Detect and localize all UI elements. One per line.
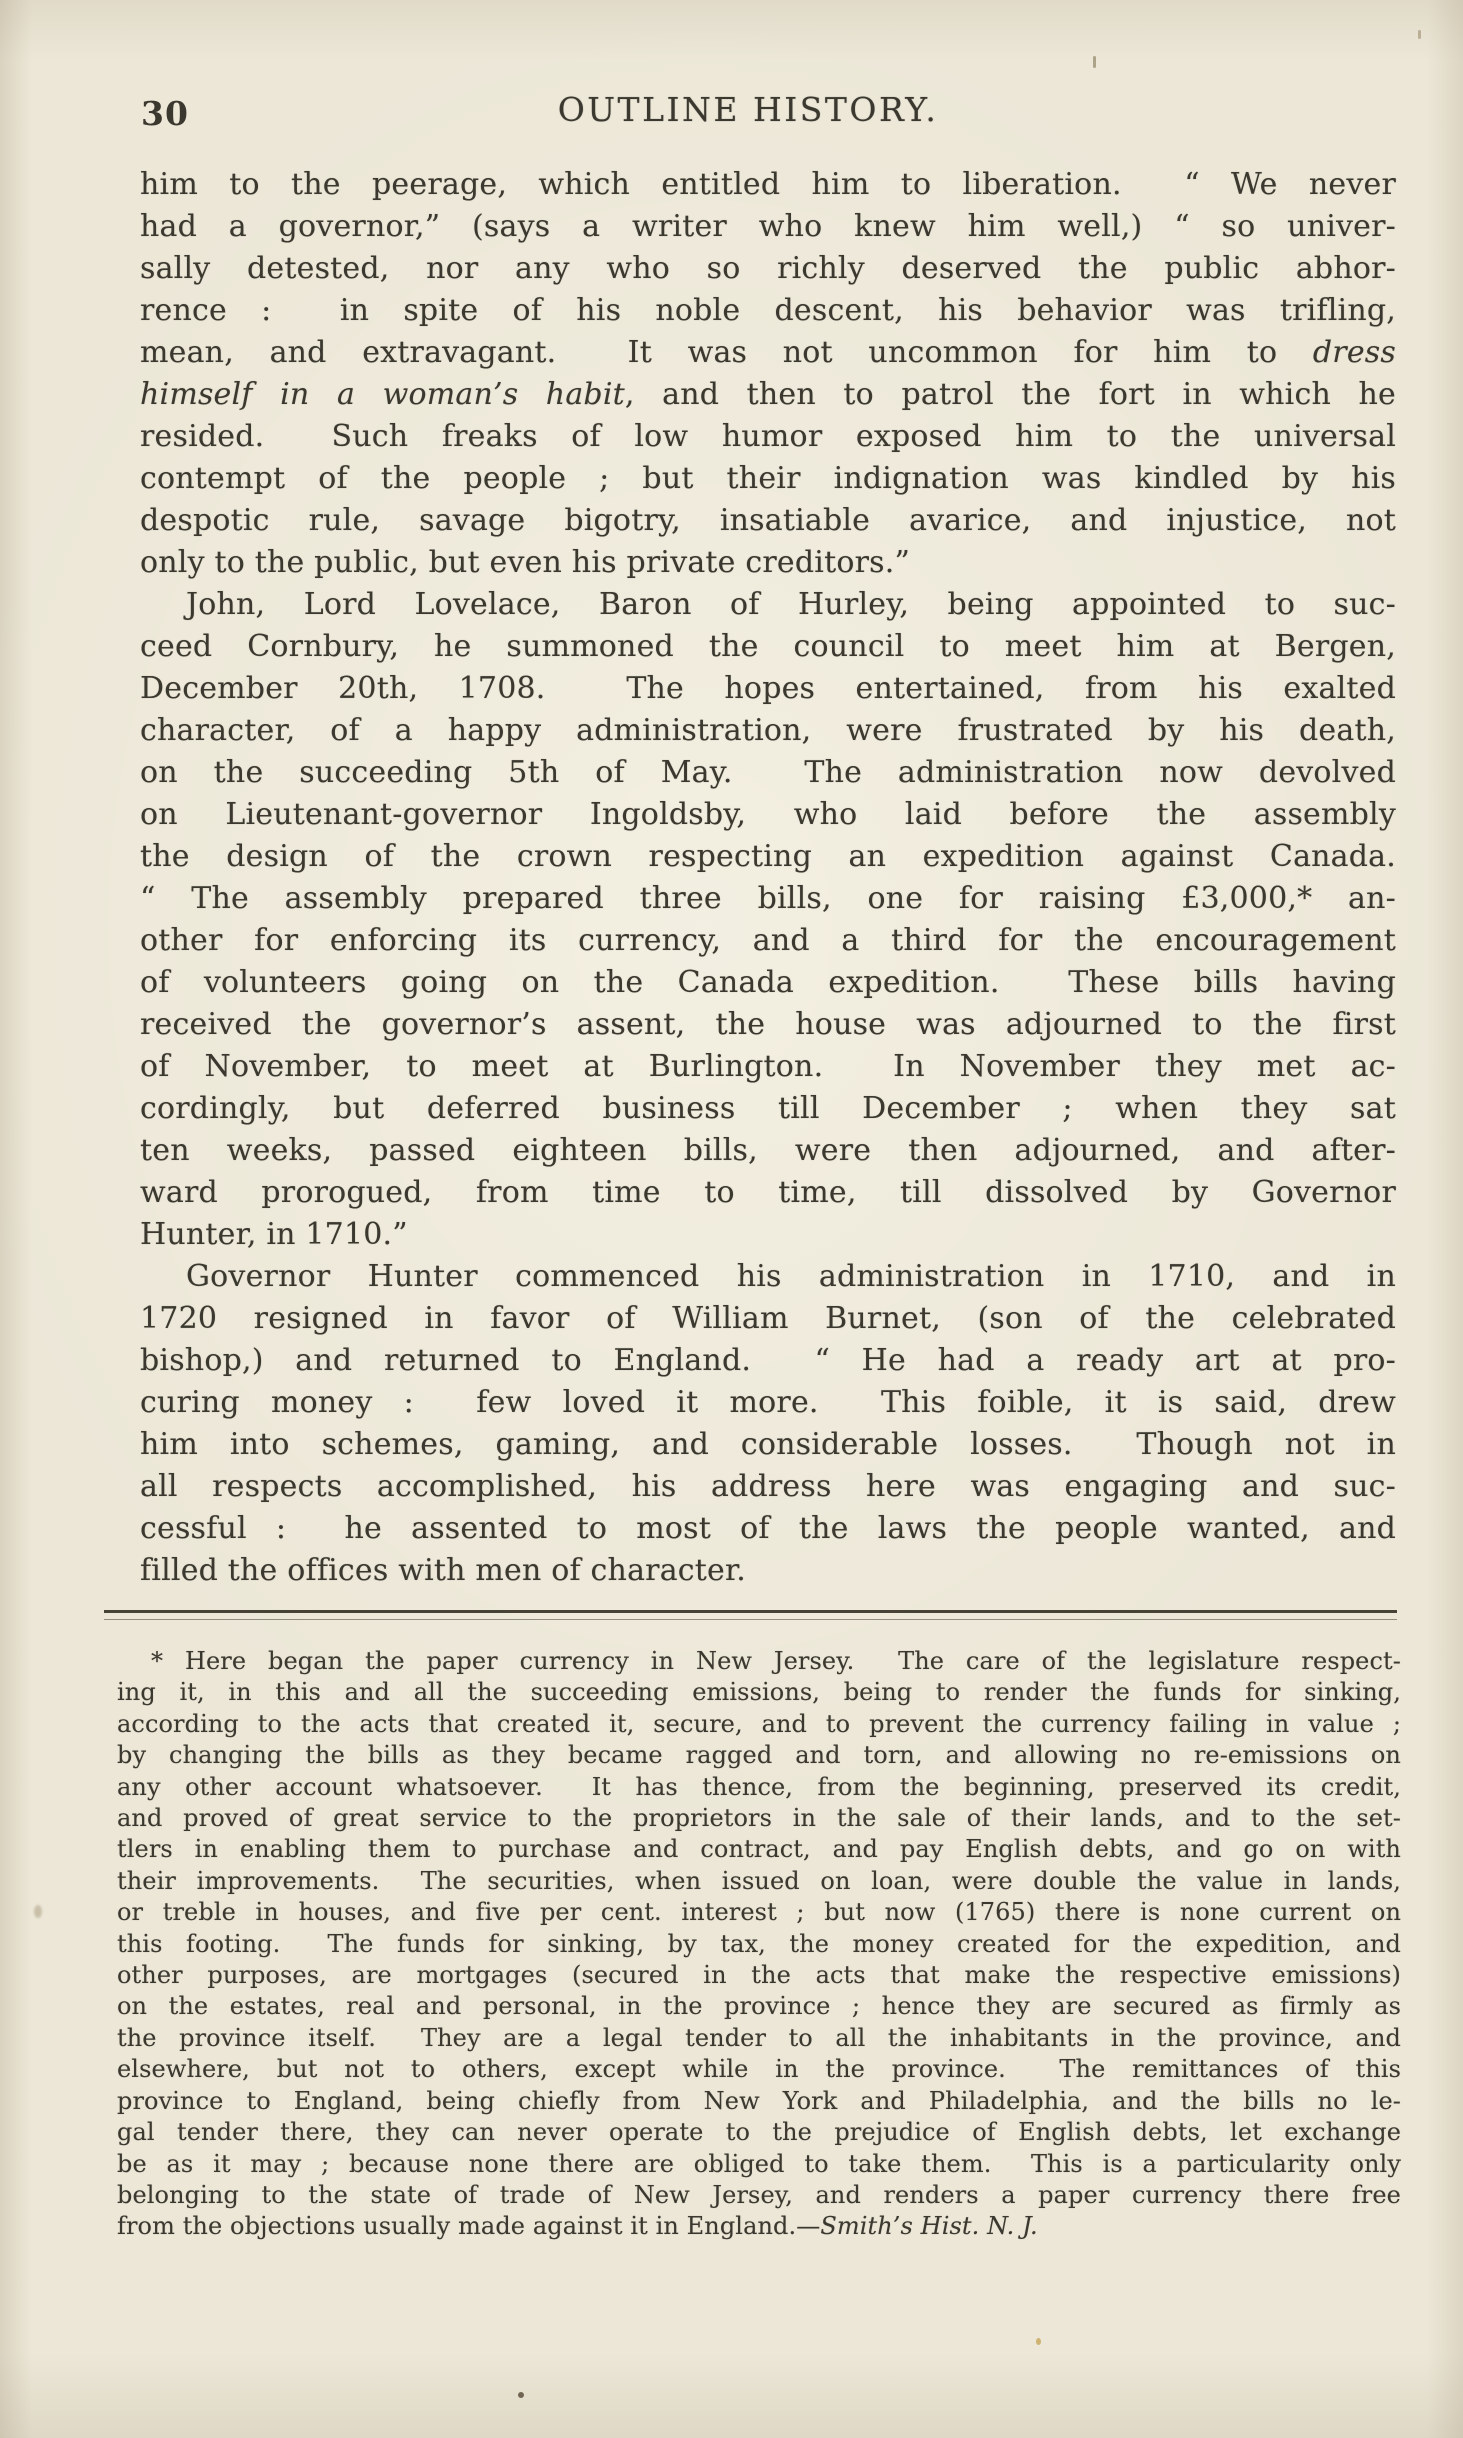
text-line: on the estates, real and personal, in th… [117,1991,1401,2022]
text-segment: other for enforcing its currency, and a … [140,923,1396,958]
text-segment: John, Lord Lovelace, Baron of Hurley, be… [186,587,1396,622]
text-line: Governor Hunter commenced his administra… [140,1256,1396,1298]
paragraph: Governor Hunter commenced his administra… [140,1256,1396,1592]
text-line: cordingly, but deferred business till De… [140,1088,1396,1130]
text-segment: on the succeeding 5th of May. The admini… [140,755,1396,790]
text-segment: on the estates, real and personal, in th… [117,1992,1401,2020]
text-line: other purposes, are mortgages (secured i… [117,1960,1401,1991]
text-segment: Governor Hunter commenced his administra… [186,1259,1396,1294]
text-line: 1720 resigned in favor of William Burnet… [140,1298,1396,1340]
text-segment: ceed Cornbury, he summoned the council t… [140,629,1396,664]
text-segment: belonging to the state of trade of New J… [117,2181,1401,2209]
text-line: ward prorogued, from time to time, till … [140,1172,1396,1214]
text-segment: December 20th, 1708. The hopes entertain… [140,671,1396,706]
text-segment: the design of the crown respecting an ex… [140,839,1396,874]
italic-text: dress [1313,335,1396,370]
paper-stain [1036,2338,1041,2345]
text-line: him into schemes, gaming, and considerab… [140,1424,1396,1466]
text-line: be as it may ; because none there are ob… [117,2149,1401,2180]
text-segment: ward prorogued, from time to time, till … [140,1175,1396,1210]
paragraph: him to the peerage, which entitled him t… [140,164,1396,584]
text-line: received the governor’s assent, the hous… [140,1004,1396,1046]
text-segment: him into schemes, gaming, and considerab… [140,1427,1396,1462]
text-line: the design of the crown respecting an ex… [140,836,1396,878]
text-segment: ing it, in this and all the succeeding e… [117,1678,1401,1706]
text-line: or treble in houses, and five per cent. … [117,1897,1401,1928]
text-segment: tlers in enabling them to purchase and c… [117,1835,1401,1863]
text-segment: from the objections usually made against… [117,2212,820,2240]
text-segment: on Lieutenant-governor Ingoldsby, who la… [140,797,1396,832]
paper-smudge [34,1905,42,1918]
text-line: tlers in enabling them to purchase and c… [117,1834,1401,1865]
text-segment: this footing. The funds for sinking, by … [117,1930,1401,1958]
text-segment: resided. Such freaks of low humor expose… [140,419,1396,454]
text-line: had a governor,” (says a writer who knew… [140,206,1396,248]
ink-speck [1418,30,1421,39]
text-line: of November, to meet at Burlington. In N… [140,1046,1396,1088]
text-line: according to the acts that created it, s… [117,1709,1401,1740]
text-segment: had a governor,” (says a writer who knew… [140,209,1396,244]
text-line: ing it, in this and all the succeeding e… [117,1677,1401,1708]
text-line: cessful : he assented to most of the law… [140,1508,1396,1550]
text-segment: only to the public, but even his private… [140,545,910,580]
text-segment: 1720 resigned in favor of William Burnet… [140,1301,1396,1336]
text-line: contempt of the people ; but their indig… [140,458,1396,500]
text-line: sally detested, nor any who so richly de… [140,248,1396,290]
text-segment: curing money : few loved it more. This f… [140,1385,1396,1420]
text-line: him to the peerage, which entitled him t… [140,164,1396,206]
text-line: on Lieutenant-governor Ingoldsby, who la… [140,794,1396,836]
text-segment: by changing the bills as they became rag… [117,1741,1401,1769]
text-segment: any other account whatsoever. It has the… [117,1773,1401,1801]
text-line: province to England, being chiefly from … [117,2086,1401,2117]
text-line: of volunteers going on the Canada expedi… [140,962,1396,1004]
text-line: rence : in spite of his noble descent, h… [140,290,1396,332]
text-segment: the province itself. They are a legal te… [117,2024,1401,2052]
text-segment: gal tender there, they can never operate… [117,2118,1401,2146]
text-segment: cordingly, but deferred business till De… [140,1091,1396,1126]
ink-speck [1093,56,1096,68]
text-segment: character, of a happy administration, we… [140,713,1396,748]
text-line: filled the offices with men of character… [140,1550,1396,1592]
text-line: * Here began the paper currency in New J… [117,1646,1401,1677]
italic-text: Smith’s Hist. N. J. [820,2212,1037,2240]
text-segment: elsewhere, but not to others, except whi… [117,2055,1401,2083]
text-line: ten weeks, passed eighteen bills, were t… [140,1130,1396,1172]
text-line: this footing. The funds for sinking, by … [117,1929,1401,1960]
text-segment: according to the acts that created it, s… [117,1710,1401,1738]
text-segment: bishop,) and returned to England. “ He h… [140,1343,1396,1378]
text-segment: received the governor’s assent, the hous… [140,1007,1396,1042]
text-segment: ten weeks, passed eighteen bills, were t… [140,1133,1396,1168]
text-line: on the succeeding 5th of May. The admini… [140,752,1396,794]
text-segment: mean, and extravagant. It was not uncomm… [140,335,1313,370]
text-line: himself in a woman’s habit, and then to … [140,374,1396,416]
text-line: December 20th, 1708. The hopes entertain… [140,668,1396,710]
text-line: character, of a happy administration, we… [140,710,1396,752]
text-segment: filled the offices with men of character… [140,1553,746,1588]
text-line: their improvements. The securities, when… [117,1866,1401,1897]
text-segment: of November, to meet at Burlington. In N… [140,1049,1396,1084]
text-line: any other account whatsoever. It has the… [117,1772,1401,1803]
text-segment: contempt of the people ; but their indig… [140,461,1396,496]
text-line: mean, and extravagant. It was not uncomm… [140,332,1396,374]
footnote-text: * Here began the paper currency in New J… [117,1646,1401,2243]
text-segment: , and then to patrol the fort in which h… [625,377,1396,412]
italic-text: himself in a woman’s habit [140,377,625,412]
text-line: despotic rule, savage bigotry, insatiabl… [140,500,1396,542]
text-segment: him to the peerage, which entitled him t… [140,167,1396,202]
footnote-rule [104,1610,1397,1620]
text-segment: and proved of great service to the propr… [117,1804,1401,1832]
text-segment: or treble in houses, and five per cent. … [117,1898,1401,1926]
text-line: curing money : few loved it more. This f… [140,1382,1396,1424]
text-line: ceed Cornbury, he summoned the council t… [140,626,1396,668]
text-segment: Hunter, in 1710.” [140,1217,408,1252]
running-title: OUTLINE HISTORY. [120,90,1376,129]
text-segment: all respects accomplished, his address h… [140,1469,1396,1504]
book-page: 30 OUTLINE HISTORY. him to the peerage, … [0,0,1463,2438]
text-line: and proved of great service to the propr… [117,1803,1401,1834]
text-segment: sally detested, nor any who so richly de… [140,251,1396,286]
body-text: him to the peerage, which entitled him t… [140,164,1396,1592]
text-segment: their improvements. The securities, when… [117,1867,1401,1895]
text-segment: of volunteers going on the Canada expedi… [140,965,1396,1000]
text-line: from the objections usually made against… [117,2211,1401,2242]
text-segment: other purposes, are mortgages (secured i… [117,1961,1401,1989]
text-line: elsewhere, but not to others, except whi… [117,2054,1401,2085]
text-line: John, Lord Lovelace, Baron of Hurley, be… [140,584,1396,626]
text-segment: be as it may ; because none there are ob… [117,2150,1401,2178]
text-line: other for enforcing its currency, and a … [140,920,1396,962]
text-line: gal tender there, they can never operate… [117,2117,1401,2148]
text-segment: “ The assembly prepared three bills, one… [140,881,1396,916]
text-line: belonging to the state of trade of New J… [117,2180,1401,2211]
text-segment: cessful : he assented to most of the law… [140,1511,1396,1546]
text-line: all respects accomplished, his address h… [140,1466,1396,1508]
text-segment: * Here began the paper currency in New J… [151,1647,1401,1675]
ink-speck [518,2392,524,2398]
text-line: only to the public, but even his private… [140,542,1396,584]
text-segment: rence : in spite of his noble descent, h… [140,293,1396,328]
text-segment: province to England, being chiefly from … [117,2087,1401,2115]
text-line: by changing the bills as they became rag… [117,1740,1401,1771]
text-line: the province itself. They are a legal te… [117,2023,1401,2054]
text-line: “ The assembly prepared three bills, one… [140,878,1396,920]
paragraph: John, Lord Lovelace, Baron of Hurley, be… [140,584,1396,1256]
text-line: resided. Such freaks of low humor expose… [140,416,1396,458]
text-line: Hunter, in 1710.” [140,1214,1396,1256]
text-line: bishop,) and returned to England. “ He h… [140,1340,1396,1382]
text-segment: despotic rule, savage bigotry, insatiabl… [140,503,1396,538]
